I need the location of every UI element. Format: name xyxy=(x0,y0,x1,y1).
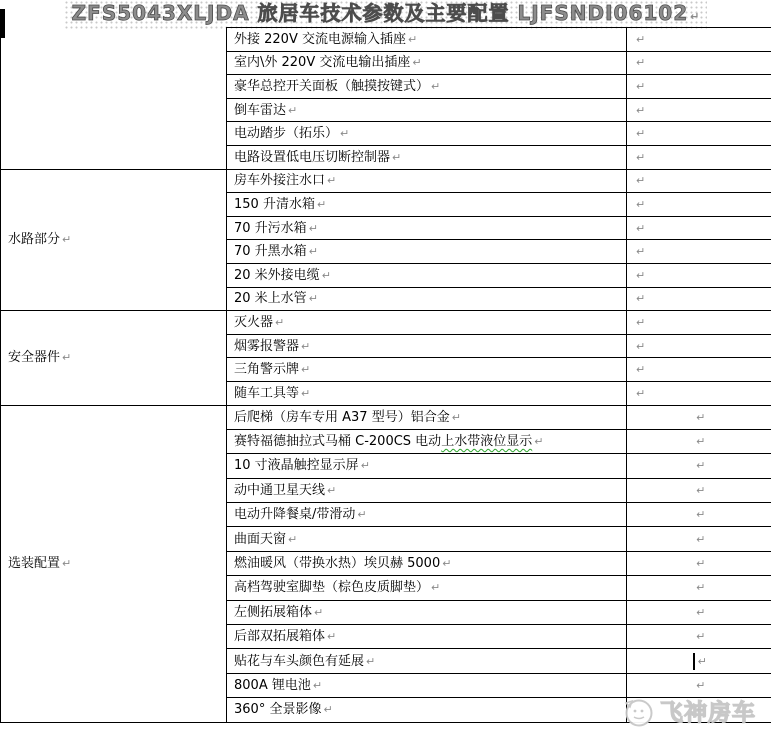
paragraph-mark: ↵ xyxy=(442,557,451,570)
item-label: 动中通卫星天线 xyxy=(234,483,325,498)
item-cell: 电路设置低电压切断控制器↵ xyxy=(227,145,627,169)
paragraph-mark: ↵ xyxy=(636,151,645,164)
paragraph-mark: ↵ xyxy=(696,581,705,594)
value-cell: ↵ xyxy=(627,527,771,551)
paragraph-mark: ↵ xyxy=(636,245,645,258)
paragraph-mark: ↵ xyxy=(288,533,297,546)
item-label: 电路设置低电压切断控制器 xyxy=(234,150,390,165)
paragraph-mark: ↵ xyxy=(301,387,310,400)
paragraph-mark: ↵ xyxy=(309,245,318,258)
item-label: 电动踏步（拓乐） xyxy=(234,126,338,141)
paragraph-mark: ↵ xyxy=(636,127,645,140)
value-cell: ↵ xyxy=(627,358,771,382)
value-cell: ↵ xyxy=(627,454,771,478)
paragraph-mark: ↵ xyxy=(696,679,705,692)
value-cell: ↵ xyxy=(627,673,771,697)
value-cell: ↵ xyxy=(627,625,771,649)
table-row: 外接 220V 交流电源输入插座↵↵ xyxy=(1,28,771,52)
paragraph-mark: ↵ xyxy=(313,679,322,692)
item-label: 随车工具等 xyxy=(234,386,299,401)
item-cell: 随车工具等↵ xyxy=(227,381,627,405)
item-label: 360° 全景影像 xyxy=(234,702,321,717)
value-cell: ↵ xyxy=(627,51,771,75)
item-label: 70 升黑水箱 xyxy=(234,244,307,259)
item-label: 后部双拓展箱体 xyxy=(234,629,325,644)
value-cell: ↵ xyxy=(627,169,771,193)
item-label: 倒车雷达 xyxy=(234,103,286,118)
table-row: 水路部分↵房车外接注水口↵↵ xyxy=(1,169,771,193)
value-cell: ↵ xyxy=(627,122,771,146)
table-row: 安全器件↵灭火器↵↵ xyxy=(1,311,771,335)
item-cell: 20 米外接电缆↵ xyxy=(227,263,627,287)
item-cell: 高档驾驶室脚垫（棕色皮质脚垫）↵ xyxy=(227,576,627,600)
value-cell: ↵ xyxy=(627,698,771,722)
paragraph-mark: ↵ xyxy=(636,340,645,353)
item-cell: 倒车雷达↵ xyxy=(227,98,627,122)
item-label: 灭火器 xyxy=(234,315,273,330)
item-cell: 动中通卫星天线↵ xyxy=(227,478,627,502)
category-cell: 水路部分↵ xyxy=(1,169,227,311)
value-cell: ↵ xyxy=(627,263,771,287)
paragraph-mark: ↵ xyxy=(636,33,645,46)
paragraph-mark: ↵ xyxy=(636,56,645,69)
document-page: ZFS5043XLJDA 旅居车技术参数及主要配置 LJFSNDI06102↵ … xyxy=(0,0,771,751)
category-cell xyxy=(1,28,227,170)
paragraph-mark: ↵ xyxy=(301,340,310,353)
value-cell: ↵ xyxy=(627,334,771,358)
value-cell: ↵ xyxy=(627,381,771,405)
category-cell: 安全器件↵ xyxy=(1,311,227,405)
paragraph-mark: ↵ xyxy=(323,703,332,716)
paragraph-mark: ↵ xyxy=(322,269,331,282)
paragraph-mark: ↵ xyxy=(696,606,705,619)
item-cell: 曲面天窗↵ xyxy=(227,527,627,551)
item-label: 70 升污水箱 xyxy=(234,221,307,236)
value-cell: ↵ xyxy=(627,240,771,264)
item-label: 贴花与车头颜色有延展 xyxy=(234,654,364,669)
item-label: 豪华总控开关面板（触摸按键式） xyxy=(234,79,429,94)
paragraph-mark: ↵ xyxy=(309,222,318,235)
item-label: 电动升降餐桌/带滑动 xyxy=(234,507,355,522)
paragraph-mark: ↵ xyxy=(408,33,417,46)
paragraph-mark: ↵ xyxy=(696,484,705,497)
item-cell: 室内\外 220V 交流电输出插座↵ xyxy=(227,51,627,75)
paragraph-mark: ↵ xyxy=(431,80,440,93)
paragraph-mark: ↵ xyxy=(62,233,71,246)
paragraph-mark: ↵ xyxy=(636,363,645,376)
paragraph-mark: ↵ xyxy=(636,104,645,117)
spellcheck-squiggle-text: 上水带液位显示 xyxy=(441,434,532,449)
paragraph-mark: ↵ xyxy=(340,127,349,140)
value-cell: ↵ xyxy=(627,193,771,217)
table-row: 选装配置↵后爬梯（房车专用 A37 型号）铝合金↵↵ xyxy=(1,405,771,429)
item-cell: 贴花与车头颜色有延展↵ xyxy=(227,649,627,673)
paragraph-mark: ↵ xyxy=(690,10,699,23)
paragraph-mark: ↵ xyxy=(314,606,323,619)
paragraph-mark: ↵ xyxy=(636,292,645,305)
paragraph-mark: ↵ xyxy=(636,269,645,282)
value-cell: ↵ xyxy=(627,28,771,52)
value-cell: ↵ xyxy=(627,478,771,502)
value-cell: ↵ xyxy=(627,576,771,600)
item-label: 20 米外接电缆 xyxy=(234,268,320,283)
item-cell: 三角警示牌↵ xyxy=(227,358,627,382)
paragraph-mark: ↵ xyxy=(392,151,401,164)
paragraph-mark: ↵ xyxy=(696,508,705,521)
text-cursor xyxy=(693,653,695,670)
item-label: 房车外接注水口 xyxy=(234,173,325,188)
paragraph-mark: ↵ xyxy=(696,557,705,570)
item-label: 10 寸液晶触控显示屏 xyxy=(234,458,359,473)
item-cell: 10 寸液晶触控显示屏↵ xyxy=(227,454,627,478)
item-label: 烟雾报警器 xyxy=(234,339,299,354)
category-label: 安全器件 xyxy=(8,350,60,365)
item-cell: 外接 220V 交流电源输入插座↵ xyxy=(227,28,627,52)
item-cell: 电动升降餐桌/带滑动↵ xyxy=(227,503,627,527)
paragraph-mark: ↵ xyxy=(431,581,440,594)
item-cell: 灭火器↵ xyxy=(227,311,627,335)
paragraph-mark: ↵ xyxy=(696,435,705,448)
value-cell: ↵ xyxy=(627,311,771,335)
item-label: 外接 220V 交流电源输入插座 xyxy=(234,32,406,47)
value-cell: ↵ xyxy=(627,503,771,527)
paragraph-mark: ↵ xyxy=(288,104,297,117)
item-cell: 70 升污水箱↵ xyxy=(227,216,627,240)
value-cell: ↵ xyxy=(627,649,771,673)
item-cell: 烟雾报警器↵ xyxy=(227,334,627,358)
paragraph-mark: ↵ xyxy=(696,459,705,472)
item-cell: 房车外接注水口↵ xyxy=(227,169,627,193)
paragraph-mark: ↵ xyxy=(636,222,645,235)
paragraph-mark: ↵ xyxy=(327,174,336,187)
item-cell: 后部双拓展箱体↵ xyxy=(227,625,627,649)
paragraph-mark: ↵ xyxy=(309,292,318,305)
value-cell: ↵ xyxy=(627,405,771,429)
paragraph-mark: ↵ xyxy=(62,351,71,364)
paragraph-mark: ↵ xyxy=(636,174,645,187)
paragraph-mark: ↵ xyxy=(534,435,543,448)
paragraph-mark: ↵ xyxy=(636,198,645,211)
paragraph-mark: ↵ xyxy=(696,411,705,424)
item-label: 800A 锂电池 xyxy=(234,678,311,693)
paragraph-mark: ↵ xyxy=(275,316,284,329)
paragraph-mark: ↵ xyxy=(366,655,375,668)
paragraph-mark: ↵ xyxy=(317,198,326,211)
item-label: 赛特福德抽拉式马桶 C-200CS 电动 xyxy=(234,434,441,449)
item-cell: 70 升黑水箱↵ xyxy=(227,240,627,264)
value-cell: ↵ xyxy=(627,600,771,624)
paragraph-mark: ↵ xyxy=(696,703,705,716)
item-label: 燃油暖风（带换水热）埃贝赫 5000 xyxy=(234,556,440,571)
paragraph-mark: ↵ xyxy=(357,508,366,521)
paragraph-mark: ↵ xyxy=(636,80,645,93)
item-cell: 后爬梯（房车专用 A37 型号）铝合金↵ xyxy=(227,405,627,429)
paragraph-mark: ↵ xyxy=(696,533,705,546)
paragraph-mark: ↵ xyxy=(327,630,336,643)
paragraph-mark: ↵ xyxy=(636,316,645,329)
item-label: 150 升清水箱 xyxy=(234,197,315,212)
item-cell: 20 米上水管↵ xyxy=(227,287,627,311)
value-cell: ↵ xyxy=(627,75,771,99)
value-cell: ↵ xyxy=(627,287,771,311)
item-cell: 燃油暖风（带换水热）埃贝赫 5000↵ xyxy=(227,551,627,575)
category-cell: 选装配置↵ xyxy=(1,405,227,722)
category-label: 选装配置 xyxy=(8,556,60,571)
paragraph-mark: ↵ xyxy=(361,459,370,472)
item-label: 后爬梯（房车专用 A37 型号）铝合金 xyxy=(234,410,450,425)
paragraph-mark: ↵ xyxy=(696,630,705,643)
value-cell: ↵ xyxy=(627,145,771,169)
item-label: 室内\外 220V 交流电输出插座 xyxy=(234,55,410,70)
page-title: ZFS5043XLJDA 旅居车技术参数及主要配置 LJFSNDI06102↵ xyxy=(0,0,771,27)
item-cell: 左侧拓展箱体↵ xyxy=(227,600,627,624)
item-label: 三角警示牌 xyxy=(234,362,299,377)
item-cell: 800A 锂电池↵ xyxy=(227,673,627,697)
paragraph-mark: ↵ xyxy=(452,411,461,424)
category-label: 水路部分 xyxy=(8,232,60,247)
item-label: 左侧拓展箱体 xyxy=(234,605,312,620)
paragraph-mark: ↵ xyxy=(412,56,421,69)
item-cell: 赛特福德抽拉式马桶 C-200CS 电动上水带液位显示↵ xyxy=(227,429,627,453)
item-cell: 360° 全景影像↵ xyxy=(227,698,627,722)
item-cell: 豪华总控开关面板（触摸按键式）↵ xyxy=(227,75,627,99)
item-cell: 电动踏步（拓乐）↵ xyxy=(227,122,627,146)
paragraph-mark: ↵ xyxy=(62,557,71,570)
spec-table: 外接 220V 交流电源输入插座↵↵室内\外 220V 交流电输出插座↵↵豪华总… xyxy=(0,27,771,723)
paragraph-mark: ↵ xyxy=(636,387,645,400)
paragraph-mark: ↵ xyxy=(301,363,310,376)
value-cell: ↵ xyxy=(627,429,771,453)
value-cell: ↵ xyxy=(627,551,771,575)
paragraph-mark: ↵ xyxy=(698,655,707,668)
paragraph-mark: ↵ xyxy=(327,484,336,497)
value-cell: ↵ xyxy=(627,216,771,240)
page-title-text: ZFS5043XLJDA 旅居车技术参数及主要配置 LJFSNDI06102↵ xyxy=(64,0,708,30)
item-label: 高档驾驶室脚垫（棕色皮质脚垫） xyxy=(234,580,429,595)
item-label: 20 米上水管 xyxy=(234,291,307,306)
value-cell: ↵ xyxy=(627,98,771,122)
title-label: ZFS5043XLJDA 旅居车技术参数及主要配置 LJFSNDI06102 xyxy=(72,1,688,25)
item-cell: 150 升清水箱↵ xyxy=(227,193,627,217)
item-label: 曲面天窗 xyxy=(234,532,286,547)
